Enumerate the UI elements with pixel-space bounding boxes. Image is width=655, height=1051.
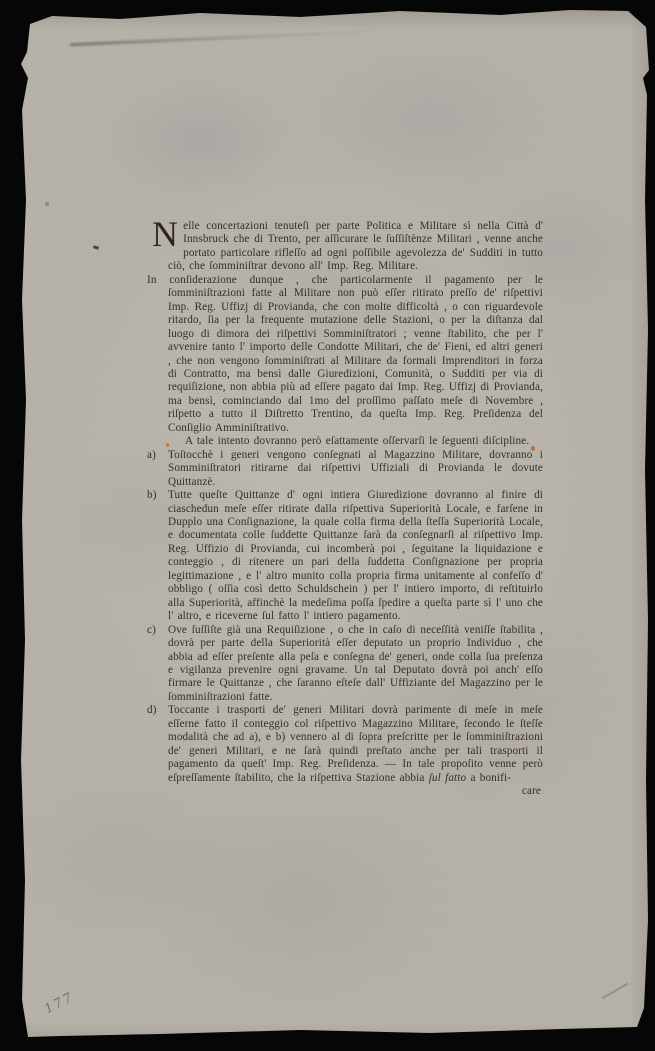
catchword: care bbox=[168, 785, 543, 798]
intent-note: A tale intento dovranno però eſattamente… bbox=[168, 435, 543, 448]
clause-d-italic-phrase: ſul fatto bbox=[429, 772, 466, 784]
printed-text-block: Nelle concertazioni tenuteſi per parte P… bbox=[168, 220, 543, 798]
dropcap-initial: N bbox=[152, 221, 178, 247]
item-marker-d: d) bbox=[147, 704, 157, 717]
photo-background: Nelle concertazioni tenuteſi per parte P… bbox=[0, 0, 655, 1051]
clause-item-d: d) Toccante i trasporti de' generi Milit… bbox=[168, 704, 543, 785]
consideration-paragraph: In conſiderazione dunque , che particola… bbox=[168, 274, 543, 435]
paper-speck bbox=[166, 443, 169, 447]
clause-text-c: Ove ſuſſiſte già una Requiſizione , o ch… bbox=[168, 624, 543, 705]
clause-d-text-end: a bonifi- bbox=[466, 772, 511, 784]
clause-text-b: Tutte queſte Quittanze d' ogni intiera G… bbox=[168, 489, 543, 624]
item-marker-c: c) bbox=[147, 624, 156, 637]
item-marker-a: a) bbox=[147, 449, 156, 462]
clause-item-b: b) Tutte queſte Quittanze d' ogni intier… bbox=[168, 489, 543, 624]
clause-text-a: Toſtocchè i generi vengono conſegnati al… bbox=[168, 449, 543, 489]
paper-speck bbox=[45, 202, 49, 206]
paper-speck bbox=[531, 446, 535, 451]
opening-paragraph: Nelle concertazioni tenuteſi per parte P… bbox=[168, 220, 543, 274]
opening-text: elle concertazioni tenuteſi per parte Po… bbox=[168, 220, 543, 272]
item-marker-b: b) bbox=[147, 489, 157, 502]
document-page: Nelle concertazioni tenuteſi per parte P… bbox=[0, 0, 655, 1051]
clause-item-a: a) Toſtocchè i generi vengono conſegnati… bbox=[168, 449, 543, 489]
clause-item-c: c) Ove ſuſſiſte già una Requiſizione , o… bbox=[168, 624, 543, 705]
clause-text-d: Toccante i trasporti de' generi Militari… bbox=[168, 704, 543, 785]
